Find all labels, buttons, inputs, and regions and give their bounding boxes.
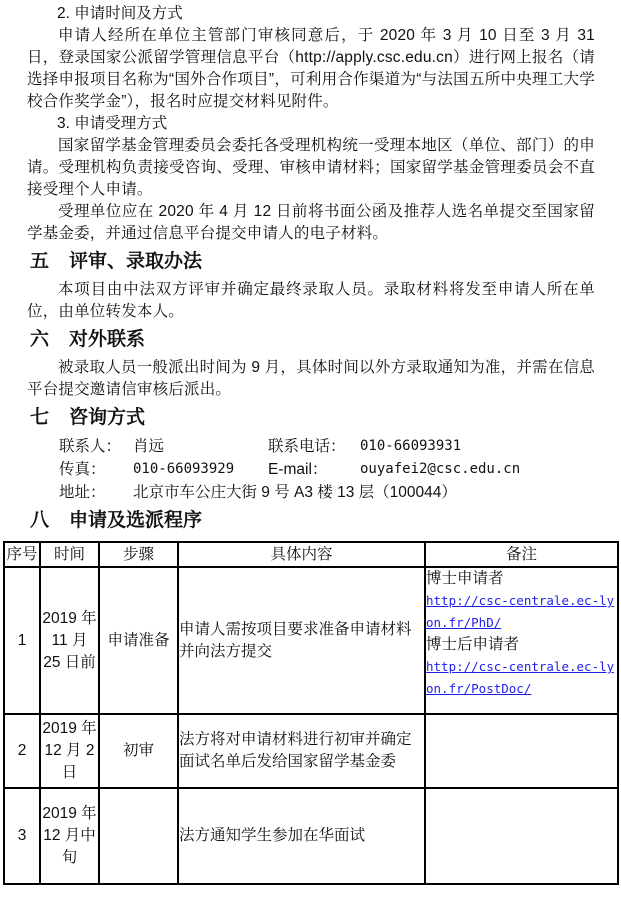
section-heading-7: 七 咨询方式 — [30, 404, 595, 432]
contact-label: 地址： — [59, 481, 133, 504]
paragraph-review: 本项目由中法双方评审并确定最终录取人员。录取材料将发至申请人所在单位，由单位转发… — [27, 279, 595, 323]
sub-heading-apply-time: 2. 申请时间及方式 — [27, 3, 595, 25]
section-heading-5: 五 评审、录取办法 — [30, 248, 595, 276]
note-label-phd: 博士申请者 — [426, 568, 617, 590]
contact-label: 传真： — [59, 458, 133, 481]
contact-label: E-mail： — [268, 458, 360, 481]
table-header-row: 序号 时间 步骤 具体内容 备注 — [4, 542, 618, 567]
section-title: 申请及选派程序 — [69, 507, 202, 535]
cell-note — [425, 714, 618, 788]
table-row: 2 2019 年 12 月 2 日 初审 法方将对申请材料进行初审并确定面试名单… — [4, 714, 618, 788]
postdoc-application-link[interactable]: http://csc-centrale.ec-lyon.fr/PostDoc/ — [426, 656, 617, 700]
section-heading-8: 八 申请及选派程序 — [30, 507, 595, 535]
paragraph-accept-2: 受理单位应在 2020 年 4 月 12 日前将书面公函及推荐人选名单提交至国家… — [27, 201, 595, 245]
contact-address-value: 北京市车公庄大街 9 号 A3 楼 13 层（100044） — [133, 481, 595, 504]
contact-fax-value: 010-66093929 — [133, 458, 268, 481]
contact-email-value: ouyafei2@csc.edu.cn — [360, 458, 595, 481]
section-number: 六 — [30, 326, 49, 354]
contact-person-value: 肖远 — [133, 435, 268, 458]
contact-phone-value: 010-66093931 — [360, 435, 595, 458]
cell-time: 2019 年 11 月 25 日前 — [40, 567, 99, 714]
sub-heading-accept-method: 3. 申请受理方式 — [27, 113, 595, 135]
cell-no: 2 — [4, 714, 40, 788]
document-page: 2. 申请时间及方式 申请人经所在单位主管部门审核同意后，于 2020 年 3 … — [0, 0, 621, 900]
column-header-step: 步骤 — [99, 542, 178, 567]
cell-step: 初审 — [99, 714, 178, 788]
cell-note — [425, 788, 618, 884]
contact-label: 联系电话： — [268, 435, 360, 458]
section-title: 评审、录取办法 — [69, 248, 202, 276]
contact-row-address: 地址： 北京市车公庄大街 9 号 A3 楼 13 层（100044） — [59, 481, 595, 504]
table-row: 1 2019 年 11 月 25 日前 申请准备 申请人需按项目要求准备申请材料… — [4, 567, 618, 714]
cell-content: 申请人需按项目要求准备申请材料并向法方提交 — [178, 567, 425, 714]
column-header-no: 序号 — [4, 542, 40, 567]
section-number: 八 — [30, 507, 49, 535]
section-number: 七 — [30, 404, 49, 432]
cell-content: 法方将对申请材料进行初审并确定面试名单后发给国家留学基金委 — [178, 714, 425, 788]
contact-row-fax-email: 传真： 010-66093929 E-mail： ouyafei2@csc.ed… — [59, 458, 595, 481]
procedure-table: 序号 时间 步骤 具体内容 备注 1 2019 年 11 月 25 日前 申请准… — [3, 541, 619, 885]
phd-application-link[interactable]: http://csc-centrale.ec-lyon.fr/PhD/ — [426, 590, 617, 634]
cell-time: 2019 年 12 月 2 日 — [40, 714, 99, 788]
section-title: 对外联系 — [69, 326, 145, 354]
column-header-content: 具体内容 — [178, 542, 425, 567]
paragraph-apply-time: 申请人经所在单位主管部门审核同意后，于 2020 年 3 月 10 日至 3 月… — [27, 25, 595, 113]
paragraph-accept-1: 国家留学基金管理委员会委托各受理机构统一受理本地区（单位、部门）的申请。受理机构… — [27, 135, 595, 201]
cell-step — [99, 788, 178, 884]
column-header-note: 备注 — [425, 542, 618, 567]
contact-label: 联系人： — [59, 435, 133, 458]
section-number: 五 — [30, 248, 49, 276]
contact-row-person: 联系人： 肖远 联系电话： 010-66093931 — [59, 435, 595, 458]
table-row: 3 2019 年 12 月中旬 法方通知学生参加在华面试 — [4, 788, 618, 884]
section-heading-6: 六 对外联系 — [30, 326, 595, 354]
contact-block: 联系人： 肖远 联系电话： 010-66093931 传真： 010-66093… — [59, 435, 595, 504]
cell-note: 博士申请者 http://csc-centrale.ec-lyon.fr/PhD… — [425, 567, 618, 714]
note-label-postdoc: 博士后申请者 — [426, 634, 617, 656]
cell-no: 3 — [4, 788, 40, 884]
cell-time: 2019 年 12 月中旬 — [40, 788, 99, 884]
paragraph-external: 被录取人员一般派出时间为 9 月，具体时间以外方录取通知为准，并需在信息平台提交… — [27, 357, 595, 401]
cell-no: 1 — [4, 567, 40, 714]
section-title: 咨询方式 — [69, 404, 145, 432]
column-header-time: 时间 — [40, 542, 99, 567]
cell-step: 申请准备 — [99, 567, 178, 714]
cell-content: 法方通知学生参加在华面试 — [178, 788, 425, 884]
